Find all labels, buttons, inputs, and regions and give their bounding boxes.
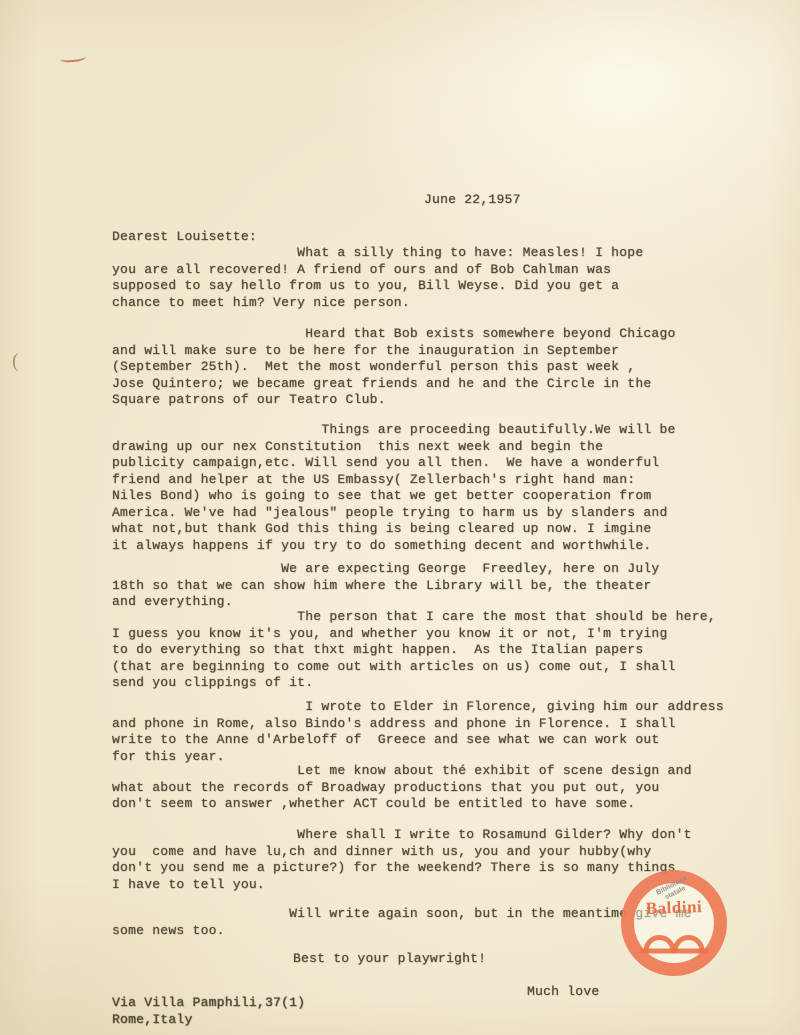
letter-paragraph-3: Things are proceeding beautifully.We wil… — [112, 422, 676, 554]
open-book-icon — [638, 919, 710, 957]
scanned-letter-page: ( June 22,1957 Dearest Louisette: What a… — [0, 0, 800, 1035]
letter-paragraph-7: Let me know about thé exhibit of scene d… — [112, 763, 692, 813]
letter-paragraph-6: I wrote to Elder in Florence, giving him… — [112, 699, 724, 765]
library-stamp: Biblioteca statale Baldini — [621, 870, 727, 976]
letter-paragraph-1: What a silly thing to have: Measles! I h… — [112, 245, 643, 311]
letter-paragraph-5: The person that I care the most that sho… — [112, 609, 716, 692]
salutation: Dearest Louisette: — [112, 229, 257, 246]
letter-paragraph-4: We are expecting George Freedley, here o… — [112, 561, 660, 611]
letter-date: June 22,1957 — [424, 192, 521, 209]
stamp-name-text: Baldini — [625, 896, 724, 919]
sender-address: Via Villa Pamphili,37(1) Rome,Italy — [112, 995, 305, 1028]
letter-paragraph-9: Will write again soon, but in the meanti… — [112, 906, 692, 939]
letter-paragraph-8: Where shall I write to Rosamund Gilder? … — [112, 827, 692, 893]
letter-paragraph-2: Heard that Bob exists somewhere beyond C… — [112, 326, 676, 409]
closing-line: Best to your playwright! — [293, 951, 486, 968]
stray-paren-mark: ( — [12, 350, 19, 373]
red-pen-mark — [60, 52, 87, 64]
signature: Much love — [527, 984, 599, 1001]
